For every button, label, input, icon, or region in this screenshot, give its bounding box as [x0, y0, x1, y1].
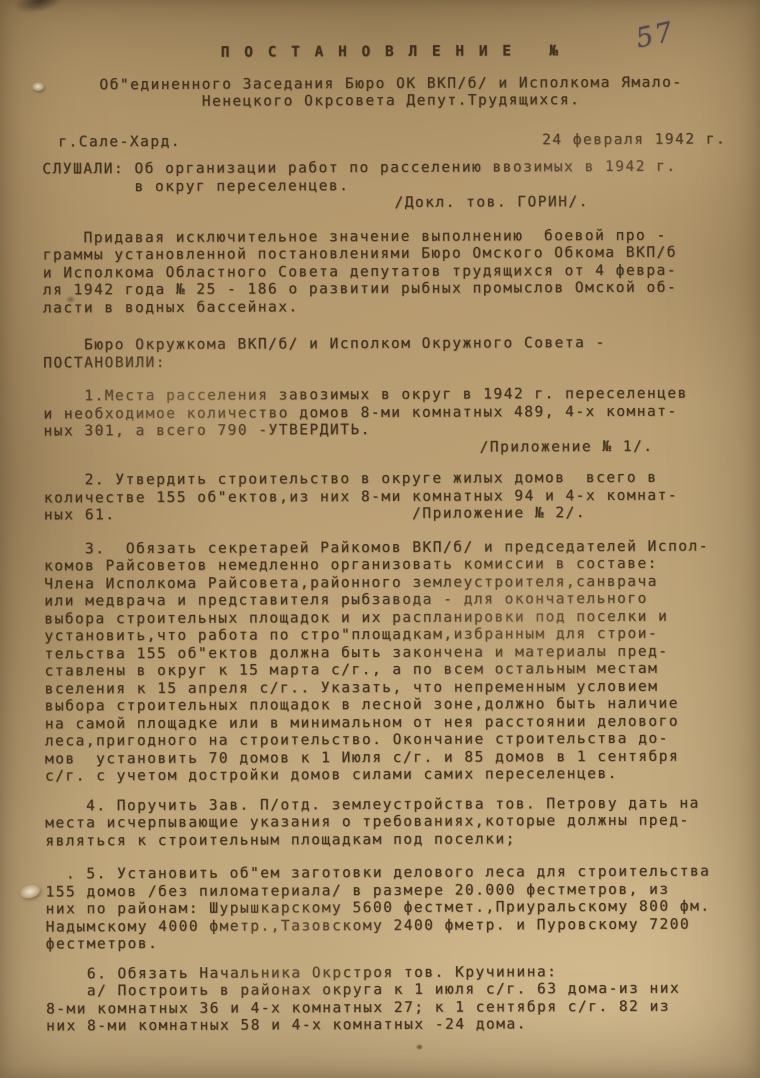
resolution-item-6: 6. Обязать Начальника Окрстроя тов. Круч…: [46, 963, 744, 1036]
document-subtitle: Об"единенного Заседания Бюро ОК ВКП/б/ и…: [42, 74, 740, 112]
preamble-paragraph: Придавая исключительное значение выполне…: [43, 227, 741, 318]
resolution-item-4: 4. Поручить Зав. П/отд. землеустройства …: [45, 795, 743, 851]
resolution-item-5: . 5. Установить об"ем заготовки делового…: [45, 863, 743, 954]
resolution-item-1: 1.Места расселения завозимых в округ в 1…: [43, 385, 741, 441]
place-label: г.Сале-Хард.: [58, 133, 181, 151]
resolution-item-2: 2. Утвердить строительство в округе жилы…: [44, 469, 742, 525]
document-content: П О С Т А Н О В Л Е Н И Е № Об"единенног…: [0, 0, 760, 1078]
place-date-row: г.Сале-Хард. 24 февраля 1942 г.: [58, 131, 726, 151]
reporter-line: /Докл. тов. ГОРИН/.: [394, 193, 740, 212]
attachment-reference-1: /Приложение № 1/.: [480, 438, 742, 457]
resolution-item-3: 3. Обязать секретарей Райкомов ВКП/б/ и …: [44, 538, 743, 786]
document-title: П О С Т А Н О В Л Е Н И Е №: [42, 42, 740, 63]
resolution-intro: Бюро Окружкома ВКП/б/ и Исполком Окружно…: [43, 334, 741, 372]
scanned-document-page: П О С Т А Н О В Л Е Н И Е № Об"единенног…: [0, 0, 760, 1078]
agenda-paragraph: СЛУШАЛИ: Об организации работ по расселе…: [42, 158, 740, 196]
date-label: 24 февраля 1942 г.: [542, 131, 726, 149]
